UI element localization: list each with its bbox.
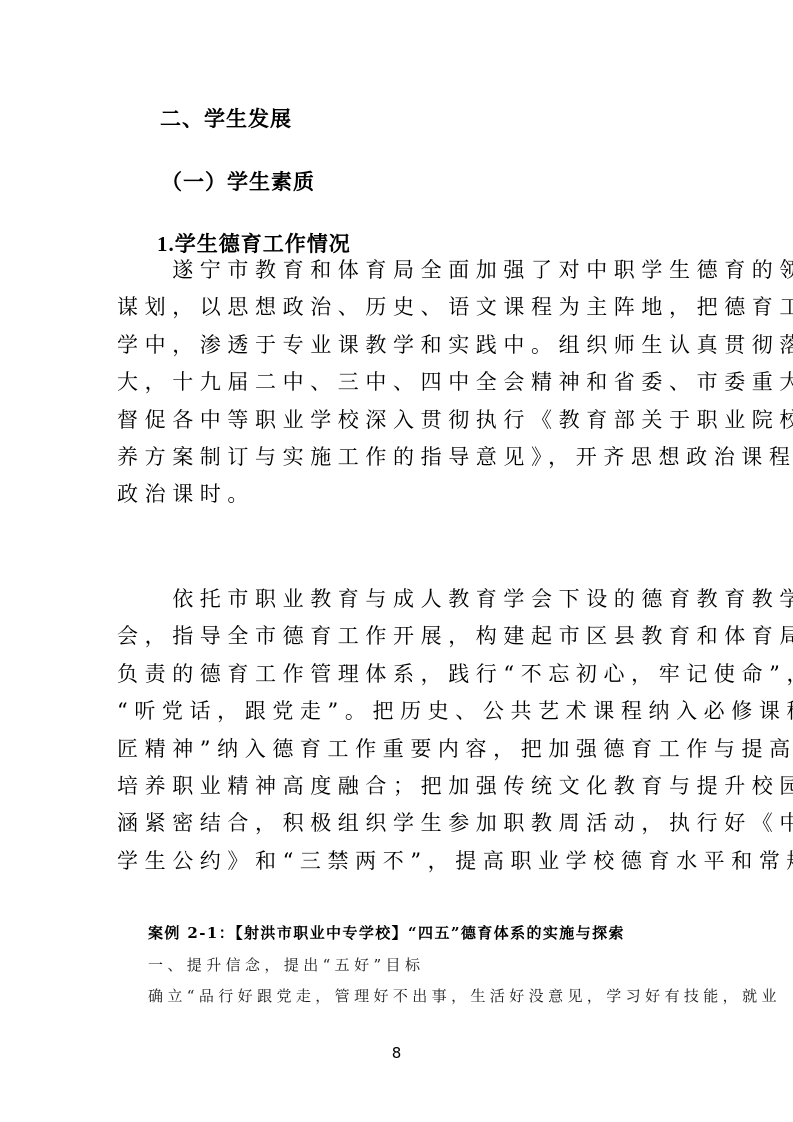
page-number: 8 <box>0 1044 793 1062</box>
paragraph-line: 培养职业精神高度融合；把加强传统文化教育与提升校园文化建设内 <box>117 768 677 805</box>
paragraph-line: 政治课时。 <box>117 476 677 513</box>
case-study-line: 确立“品行好跟党走，管理好不出事，生活好没意见，学习好有技能，就业 <box>148 985 673 1006</box>
paragraph-line: 遂宁市教育和体育局全面加强了对中职学生德育的领导和统筹 <box>117 252 677 289</box>
paragraph-2: 依托市职业教育与成人教育学会下设的德育教育教学指导委员 会，指导全市德育工作开展… <box>117 581 677 880</box>
paragraph-line: 学中，渗透于专业课教学和实践中。组织师生认真贯彻落实党的十九 <box>117 327 677 364</box>
paragraph-line: 负责的德育工作管理体系，践行“不忘初心，牢记使命”，教育学生 <box>117 656 677 693</box>
paragraph-line: 学生公约》和“三禁两不”，提高职业学校德育水平和常规管理水平。 <box>117 843 677 880</box>
paragraph-line: 会，指导全市德育工作开展，构建起市区县教育和体育局及学校层层 <box>117 618 677 655</box>
paragraph-1: 遂宁市教育和体育局全面加强了对中职学生德育的领导和统筹 谋划，以思想政治、历史、… <box>117 252 677 514</box>
paragraph-line: 涵紧密结合，积极组织学生参加职教周活动，执行好《中等职业学校 <box>117 805 677 842</box>
document-page: 二、学生发展 （一）学生素质 1.学生德育工作情况 遂宁市教育和体育局全面加强了… <box>0 0 793 1122</box>
paragraph-line: 养方案制订与实施工作的指导意见》，开齐思想政治课程，开足思想 <box>117 439 677 476</box>
subsection-heading: （一）学生素质 <box>161 166 315 196</box>
section-heading: 二、学生发展 <box>160 103 292 133</box>
paragraph-line: “听党话，跟党走”。把历史、公共艺术课程纳入必修课程，把“工 <box>117 693 677 730</box>
case-study-title: 案例 2-1：【射洪市职业中专学校】“四五”德育体系的实施与探索 <box>148 922 673 943</box>
case-study-line: 一、提升信念，提出“五好”目标 <box>148 954 673 975</box>
paragraph-line: 匠精神”纳入德育工作重要内容，把加强德育工作与提高职业技能和 <box>117 731 677 768</box>
paragraph-line: 大，十九届二中、三中、四中全会精神和省委、市委重大决策部署； <box>117 364 677 401</box>
paragraph-line: 督促各中等职业学校深入贯彻执行《教育部关于职业院校专业人才培 <box>117 402 677 439</box>
paragraph-line: 依托市职业教育与成人教育学会下设的德育教育教学指导委员 <box>117 581 677 618</box>
paragraph-line: 谋划，以思想政治、历史、语文课程为主阵地，把德育工作落实在教 <box>117 289 677 326</box>
